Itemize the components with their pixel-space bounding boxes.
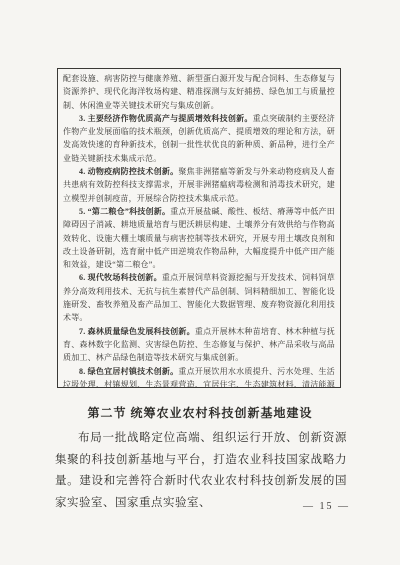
boxed-paragraph-item-7: 7. 森林质量绿色发展科技创新。重点开展林木种苗培育、林木种植与抚育、森林数字化… (63, 325, 335, 365)
boxed-paragraph-item-8: 8. 绿色宜居村镇技术创新。重点开展饮用水水质提升、污水处理、生活垃圾处理、村镇… (63, 365, 335, 388)
boxed-paragraph-item-6: 6. 现代牧场科技创新。重点开展饲草料资源挖掘与开发技术、饲料饲草养分高效利用技… (63, 271, 335, 324)
boxed-text-block: 配套设施、病害防控与健康养殖、新型蛋白源开发与配合饲料、生态修复与资源养护、现代… (57, 68, 341, 388)
paragraph-lead: 4. 动物疫病防控技术创新。 (79, 167, 178, 176)
paragraph-lead: 6. 现代牧场科技创新。 (79, 273, 162, 282)
boxed-paragraph-item-3: 3. 主要经济作物优质高产与提质增效科技创新。重点突破制约主要经济作物产业发展面… (63, 112, 335, 165)
paragraph-lead: 7. 森林质量绿色发展科技创新。 (79, 327, 195, 336)
document-page: 配套设施、病害防控与健康养殖、新型蛋白源开发与配合饲料、生态修复与资源养护、现代… (0, 0, 400, 565)
page-number: — 15 — (303, 501, 350, 512)
paragraph-lead: 3. 主要经济作物优质高产与提质增效科技创新。 (79, 114, 253, 123)
paragraph-text: 重点开展盐碱、酸性、板结、瘠薄等中低产田障碍因子消减、耕地质量培育与肥沃耕层构建… (63, 207, 335, 269)
paragraph-lead: 5. “第二粮仓”科技创新。 (79, 207, 170, 216)
paragraph-lead: 8. 绿色宜居村镇技术创新。 (79, 367, 178, 376)
boxed-paragraph-item-5: 5. “第二粮仓”科技创新。重点开展盐碱、酸性、板结、瘠薄等中低产田障碍因子消减… (63, 205, 335, 271)
boxed-paragraph-item-4: 4. 动物疫病防控技术创新。聚焦非洲猪瘟等新发与外来动物疫病及人畜共患病有效防控… (63, 165, 335, 205)
section-heading: 第二节 统筹农业农村科技创新基地建设 (57, 404, 343, 421)
boxed-paragraph-continuation: 配套设施、病害防控与健康养殖、新型蛋白源开发与配合饲料、生态修复与资源养护、现代… (63, 72, 335, 112)
paragraph-text: 配套设施、病害防控与健康养殖、新型蛋白源开发与配合饲料、生态修复与资源养护、现代… (63, 74, 335, 110)
